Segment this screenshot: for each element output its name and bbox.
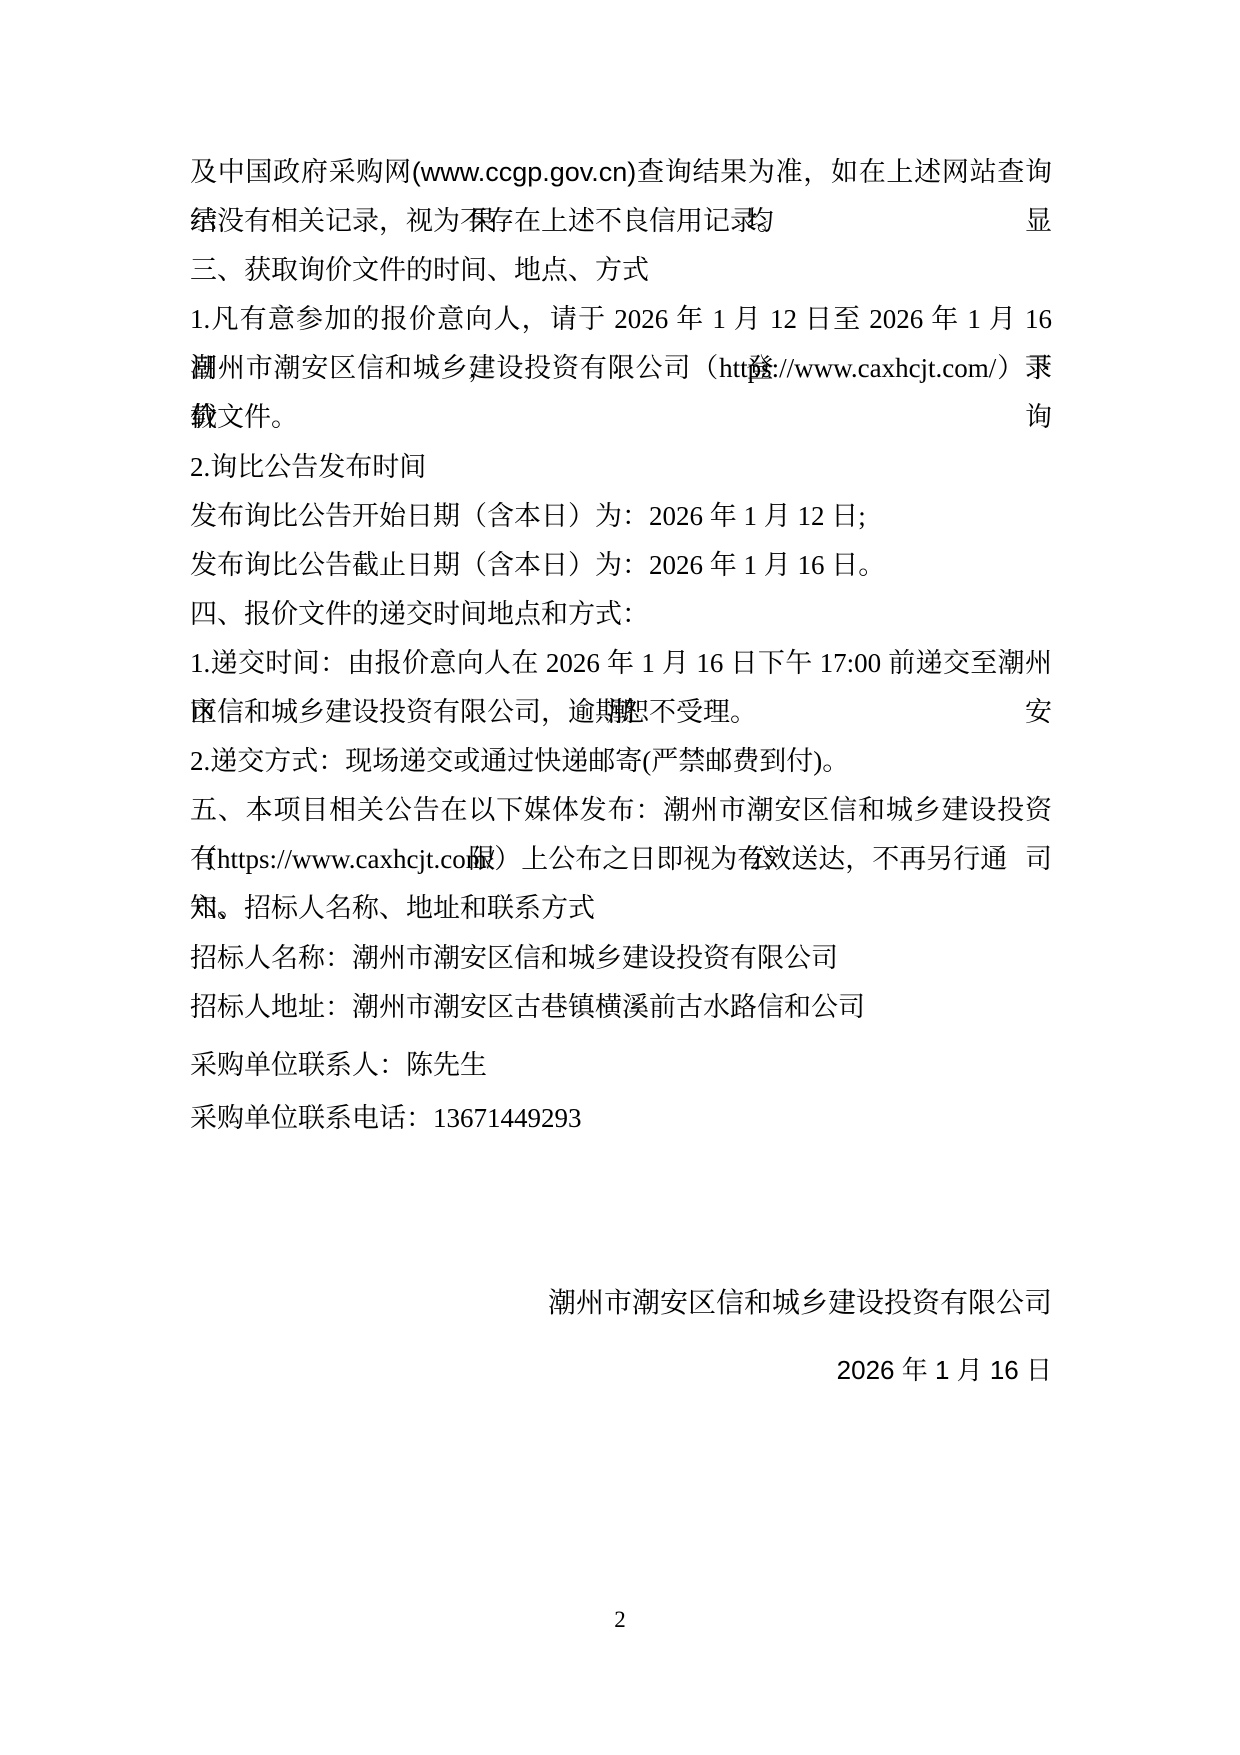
- section-heading: 六、招标人名称、地址和联系方式: [190, 884, 1052, 933]
- signature-block: 潮州市潮安区信和城乡建设投资有限公司 2026 年 1 月 16 日: [548, 1279, 1052, 1395]
- text-run: 及中国政府采购网: [190, 157, 412, 187]
- section-heading: 四、报价文件的递交时间地点和方式：: [190, 590, 1052, 639]
- text-line: 2.询比公告发布时间: [190, 443, 1052, 492]
- text-line: 1.凡有意参加的报价意向人，请于 2026 年 1 月 12 日至 2026 年…: [190, 295, 1052, 344]
- section-heading: 三、获取询价文件的时间、地点、方式: [190, 246, 1052, 295]
- text-line: 及中国政府采购网(www.ccgp.gov.cn)查询结果为准，如在上述网站查询…: [190, 148, 1052, 197]
- url-text: (www.ccgp.gov.cn): [412, 157, 637, 187]
- text-line: 发布询比公告截止日期（含本日）为：2026 年 1 月 16 日。: [190, 541, 1052, 590]
- signature-company: 潮州市潮安区信和城乡建设投资有限公司: [548, 1279, 1052, 1329]
- document-body: 及中国政府采购网(www.ccgp.gov.cn)查询结果为准，如在上述网站查询…: [190, 148, 1052, 1143]
- text-line: 发布询比公告开始日期（含本日）为：2026 年 1 月 12 日;: [190, 492, 1052, 541]
- text-line: 招标人名称：潮州市潮安区信和城乡建设投资有限公司: [190, 934, 1052, 983]
- text-line: 招标人地址：潮州市潮安区古巷镇横溪前古水路信和公司: [190, 983, 1052, 1032]
- text-line: （https://www.caxhcjt.com/）上公布之日即视为有效送达，不…: [190, 835, 1052, 884]
- text-line: 采购单位联系电话：13671449293: [190, 1094, 1052, 1143]
- text-line: 潮州市潮安区信和城乡建设投资有限公司（https://www.caxhcjt.c…: [190, 344, 1052, 393]
- text-line: 采购单位联系人：陈先生: [190, 1041, 1052, 1090]
- text-line: 2.递交方式：现场递交或通过快递邮寄(严禁邮费到付)。: [190, 737, 1052, 786]
- document-page: 及中国政府采购网(www.ccgp.gov.cn)查询结果为准，如在上述网站查询…: [0, 0, 1240, 1755]
- section-heading: 五、本项目相关公告在以下媒体发布：潮州市潮安区信和城乡建设投资有限公司: [190, 786, 1052, 835]
- signature-date: 2026 年 1 月 16 日: [548, 1345, 1052, 1395]
- page-number: 2: [0, 1606, 1240, 1634]
- text-line: 1.递交时间：由报价意向人在 2026 年 1 月 16 日下午 17:00 前…: [190, 639, 1052, 688]
